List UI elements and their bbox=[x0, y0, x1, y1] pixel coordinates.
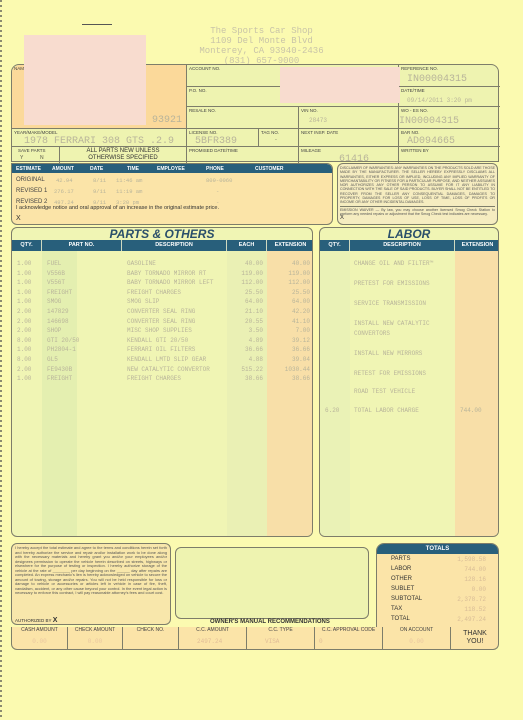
cc-approval-field: C.C. APPROVAL CODE 0 bbox=[315, 627, 383, 649]
parts-row: 1.00SMOGSMOG SLIP64.0064.00 bbox=[12, 298, 312, 307]
redacted-account-info bbox=[280, 67, 400, 103]
parts-cell-each: 64.00 bbox=[245, 298, 263, 305]
promised-field: PROMISED DATE/TIME bbox=[187, 147, 299, 163]
parts-cell-qty: 1.00 bbox=[17, 270, 31, 277]
parts-cell-desc: KENDALL GTI 20/50 bbox=[127, 337, 188, 344]
parts-cell-qty: 1.00 bbox=[17, 279, 31, 286]
parts-cell-desc: NEW CATALYTIC CONVERTOR bbox=[127, 366, 210, 373]
estimate-acknowledgement: I acknowledge notice and oral approval o… bbox=[16, 205, 219, 211]
labor-title: LABOR bbox=[320, 228, 498, 240]
pen-mark bbox=[82, 24, 112, 25]
estimate-header: ESTIMATE AMOUNT DATE TIME EMPLOYEE PHONE… bbox=[12, 164, 332, 173]
parts-cell-ext: 38.66 bbox=[292, 375, 310, 382]
parts-cell-ext: 7.00 bbox=[296, 327, 310, 334]
on-account-field: ON ACCOUNT 0.00 bbox=[383, 627, 451, 649]
parts-cell-desc: CONVERTER SEAL RING bbox=[127, 308, 195, 315]
parts-cell-qty: 8.00 bbox=[17, 356, 31, 363]
parts-cell-qty: 1.00 bbox=[17, 375, 31, 382]
parts-row: 2.00147829CONVERTER SEAL RING21.1042.20 bbox=[12, 308, 312, 317]
parts-cell-each: 119.00 bbox=[241, 270, 263, 277]
parts-cell-each: 515.22 bbox=[241, 366, 263, 373]
parts-cell-part: SMOG bbox=[47, 298, 61, 305]
totals-value: 118.52 bbox=[464, 606, 486, 613]
parts-cell-part: 146698 bbox=[47, 318, 69, 325]
parts-cell-part: SHOP bbox=[47, 327, 61, 334]
parts-cell-part: GL5 bbox=[47, 356, 58, 363]
parts-cell-each: 3.50 bbox=[249, 327, 263, 334]
totals-value: 0.00 bbox=[472, 586, 486, 593]
parts-notice: ALL PARTS NEW UNLESS OTHERWISE SPECIFIED bbox=[60, 147, 187, 163]
vin-no-field: VIN NO. 28473 bbox=[299, 107, 399, 129]
save-parts-field: SAVE PARTS Y N bbox=[12, 147, 60, 163]
parts-cell-part: FREIGHT bbox=[47, 289, 72, 296]
save-parts-no[interactable]: N bbox=[40, 155, 44, 161]
parts-cell-ext: 36.66 bbox=[292, 346, 310, 353]
totals-label: SUBLET bbox=[391, 586, 414, 592]
totals-label: LABOR bbox=[391, 566, 411, 572]
parts-row: 8.00GL5KENDALL LMTD SLIP GEAR4.8839.04 bbox=[12, 356, 312, 365]
parts-cell-each: 21.10 bbox=[245, 308, 263, 315]
parts-cell-part: 147829 bbox=[47, 308, 69, 315]
redacted-customer-info bbox=[24, 35, 146, 125]
labor-cell-desc: ROAD TEST VEHICLE bbox=[354, 388, 415, 395]
parts-cell-qty: 1.00 bbox=[17, 260, 31, 267]
year-make-model-field: YEAR/MAKE/MODEL 1978 FERRARI 308 GTS .2.… bbox=[12, 129, 187, 147]
totals-label: OTHER bbox=[391, 576, 412, 582]
labor-table: QTY. DESCRIPTION EXTENSION CHANGE OIL AN… bbox=[320, 240, 498, 537]
parts-panel: PARTS & OTHERS QTY. PART NO. DESCRIPTION… bbox=[11, 227, 313, 537]
totals-value: 128.16 bbox=[464, 576, 486, 583]
next-insp-date-field: NEXT INSP. DATE bbox=[299, 129, 399, 147]
parts-cell-each: 40.00 bbox=[245, 260, 263, 267]
parts-cell-desc: KENDALL LMTD SLIP GEAR bbox=[127, 356, 206, 363]
totals-label: PARTS bbox=[391, 556, 410, 562]
check-amount-field: CHECK AMOUNT 0.00 bbox=[68, 627, 123, 649]
parts-row: 1.00V556BBABY TORNADO MIRROR RT119.00119… bbox=[12, 270, 312, 279]
parts-cell-qty: 2.00 bbox=[17, 308, 31, 315]
license-no-field: LICENSE NO. 5BFR389 bbox=[187, 129, 259, 147]
totals-label: SUBTOTAL bbox=[391, 596, 422, 602]
parts-row: 1.00FREIGHTFREIGHT CHARGES25.5025.50 bbox=[12, 289, 312, 298]
owners-manual-label: OWNER'S MANUAL RECOMMENDATIONS bbox=[210, 619, 330, 625]
cash-amount-field: CASH AMOUNT 0.00 bbox=[12, 627, 68, 649]
authorized-signature[interactable]: X bbox=[53, 617, 58, 624]
parts-cell-desc: BABY TORNADO MIRROR RT bbox=[127, 270, 206, 277]
labor-cell-desc: TOTAL LABOR CHARGE bbox=[354, 407, 419, 414]
parts-cell-desc: GASOLINE bbox=[127, 260, 156, 267]
parts-cell-ext: 64.00 bbox=[292, 298, 310, 305]
parts-cell-each: 38.66 bbox=[245, 375, 263, 382]
labor-cell-desc: CHANGE OIL AND FILTER™ bbox=[354, 260, 433, 267]
parts-cell-desc: MISC SHOP SUPPLIES bbox=[127, 327, 192, 334]
estimate-signature[interactable]: X bbox=[16, 215, 21, 222]
parts-cell-ext: 39.04 bbox=[292, 356, 310, 363]
parts-cell-desc: FERRARI OIL FILTERS bbox=[127, 346, 195, 353]
cc-type-field: C.C. TYPE VISA bbox=[247, 627, 315, 649]
parts-table: QTY. PART NO. DESCRIPTION EACH EXTENSION… bbox=[12, 240, 312, 537]
check-no-field: CHECK NO. bbox=[123, 627, 179, 649]
resale-no-field: RESALE NO. bbox=[187, 107, 299, 129]
parts-row: 1.00PH2804-1FERRARI OIL FILTERS36.6636.6… bbox=[12, 346, 312, 355]
labor-cell-desc: INSTALL NEW CATALYTIC bbox=[354, 320, 430, 327]
totals-label: TOTAL bbox=[391, 616, 410, 622]
reference-no-field: REFERENCE NO. IN00004315 bbox=[399, 65, 500, 87]
totals-value: 2,497.24 bbox=[457, 616, 486, 623]
labor-cell-ext: 744.00 bbox=[460, 407, 482, 414]
parts-cell-desc: CONVERTER SEAL RING bbox=[127, 318, 195, 325]
totals-value: 744.00 bbox=[464, 566, 486, 573]
labor-panel: LABOR QTY. DESCRIPTION EXTENSION CHANGE … bbox=[319, 227, 499, 537]
parts-cell-part: FREIGHT bbox=[47, 375, 72, 382]
parts-cell-desc: SMOG SLIP bbox=[127, 298, 159, 305]
parts-cell-desc: FREIGHT CHARGES bbox=[127, 375, 181, 382]
parts-cell-each: 112.00 bbox=[241, 279, 263, 286]
date-time-field: DATE/TIME 09/14/2011 3:20 pm bbox=[399, 87, 500, 107]
disclaimer-text: DISCLAIMER OF WARRANTIES: ANY WARRANTIES… bbox=[340, 166, 495, 205]
parts-cell-ext: 119.00 bbox=[288, 270, 310, 277]
save-parts-yes[interactable]: Y bbox=[20, 155, 23, 161]
estimate-block: ESTIMATE AMOUNT DATE TIME EMPLOYEE PHONE… bbox=[11, 163, 333, 225]
wo-es-no-field: WO - ES NO. IN00004315 bbox=[399, 107, 500, 129]
parts-cell-qty: 1.00 bbox=[17, 289, 31, 296]
parts-cell-ext: 40.00 bbox=[292, 260, 310, 267]
customer-zip: 93921 bbox=[152, 115, 182, 126]
invoice-header: NAME 93921 ACCOUNT NO. P.O. NO. RESALE N… bbox=[11, 64, 499, 162]
parts-cell-qty: 1.00 bbox=[17, 298, 31, 305]
parts-title: PARTS & OTHERS bbox=[12, 228, 312, 240]
labor-cell-desc: SERVICE TRANSMISSION bbox=[354, 300, 426, 307]
parts-cell-part: PH2804-1 bbox=[47, 346, 76, 353]
terms-text: I hereby accept the total estimate and a… bbox=[15, 546, 167, 596]
parts-cell-part: V556B bbox=[47, 270, 65, 277]
parts-cell-qty: 2.00 bbox=[17, 318, 31, 325]
parts-row: 1.00V556TBABY TORNADO MIRROR LEFT112.001… bbox=[12, 279, 312, 288]
parts-cell-ext: 25.50 bbox=[292, 289, 310, 296]
parts-cell-each: 36.66 bbox=[245, 346, 263, 353]
totals-value: 2,378.72 bbox=[457, 596, 486, 603]
parts-cell-ext: 41.10 bbox=[292, 318, 310, 325]
parts-cell-part: FUEL bbox=[47, 260, 61, 267]
mileage-field: MILEAGE 61416 bbox=[299, 147, 399, 163]
parts-cell-part: FE9430B bbox=[47, 366, 72, 373]
disclaimer-signature[interactable]: X bbox=[340, 216, 495, 220]
totals-value: 1,598.58 bbox=[457, 556, 486, 563]
parts-cell-ext: 112.00 bbox=[288, 279, 310, 286]
parts-cell-qty: 2.00 bbox=[17, 366, 31, 373]
disclaimer-block: DISCLAIMER OF WARRANTIES: ANY WARRANTIES… bbox=[337, 163, 498, 225]
parts-row: 2.00SHOPMISC SHOP SUPPLIES3.507.00 bbox=[12, 327, 312, 336]
parts-cell-each: 25.50 bbox=[245, 289, 263, 296]
tag-no-field: TAG NO. . bbox=[259, 129, 299, 147]
parts-row: 2.00146698CONVERTER SEAL RING20.5541.10 bbox=[12, 318, 312, 327]
payment-row: CASH AMOUNT 0.00 CHECK AMOUNT 0.00 CHECK… bbox=[11, 627, 499, 650]
labor-cell-desc: PRETEST FOR EMISSIONS bbox=[354, 280, 430, 287]
terms-block: I hereby accept the total estimate and a… bbox=[11, 543, 171, 625]
parts-cell-ext: 42.20 bbox=[292, 308, 310, 315]
parts-row: 1.00FREIGHTFREIGHT CHARGES38.6638.66 bbox=[12, 375, 312, 384]
emission-waiver: EMISSION WAIVER — By law, you may choose… bbox=[340, 206, 495, 217]
totals-title: TOTALS bbox=[377, 544, 498, 554]
cc-amount-field: C.C. AMOUNT 2497.24 bbox=[179, 627, 247, 649]
parts-cell-each: 4.89 bbox=[249, 337, 263, 344]
bar-no-field: BAR NO. AD094665 bbox=[399, 129, 500, 147]
parts-cell-qty: 8.00 bbox=[17, 337, 31, 344]
parts-row: 1.00FUELGASOLINE40.0040.00 bbox=[12, 260, 312, 269]
parts-cell-part: V556T bbox=[47, 279, 65, 286]
labor-cell-desc: RETEST FOR EMISSIONS bbox=[354, 370, 426, 377]
paper-edge bbox=[0, 0, 2, 720]
authorized-by: AUTHORIZED BY X bbox=[15, 619, 57, 624]
labor-cell-desc: CONVERTORS bbox=[354, 330, 390, 337]
thank-you: THANK YOU! bbox=[455, 630, 495, 646]
parts-cell-each: 20.55 bbox=[245, 318, 263, 325]
labor-cell-desc: INSTALL NEW MIRRORS bbox=[354, 350, 422, 357]
parts-row: 8.00GTI 20/50KENDALL GTI 20/504.8939.12 bbox=[12, 337, 312, 346]
parts-cell-each: 4.88 bbox=[249, 356, 263, 363]
labor-cell-qty: 6.20 bbox=[325, 407, 339, 414]
parts-cell-desc: FREIGHT CHARGES bbox=[127, 289, 181, 296]
totals-block: TOTALS PARTS1,598.58LABOR744.00OTHER128.… bbox=[376, 543, 499, 628]
written-by-field: WRITTEN BY bbox=[399, 147, 500, 163]
parts-cell-qty: 1.00 bbox=[17, 346, 31, 353]
parts-cell-qty: 2.00 bbox=[17, 327, 31, 334]
parts-cell-desc: BABY TORNADO MIRROR LEFT bbox=[127, 279, 213, 286]
owners-manual-box bbox=[175, 547, 369, 619]
parts-cell-ext: 39.12 bbox=[292, 337, 310, 344]
parts-cell-ext: 1030.44 bbox=[285, 366, 310, 373]
parts-row: 2.00FE9430BNEW CATALYTIC CONVERTOR515.22… bbox=[12, 366, 312, 375]
totals-label: TAX bbox=[391, 606, 402, 612]
parts-cell-part: GTI 20/50 bbox=[47, 337, 79, 344]
